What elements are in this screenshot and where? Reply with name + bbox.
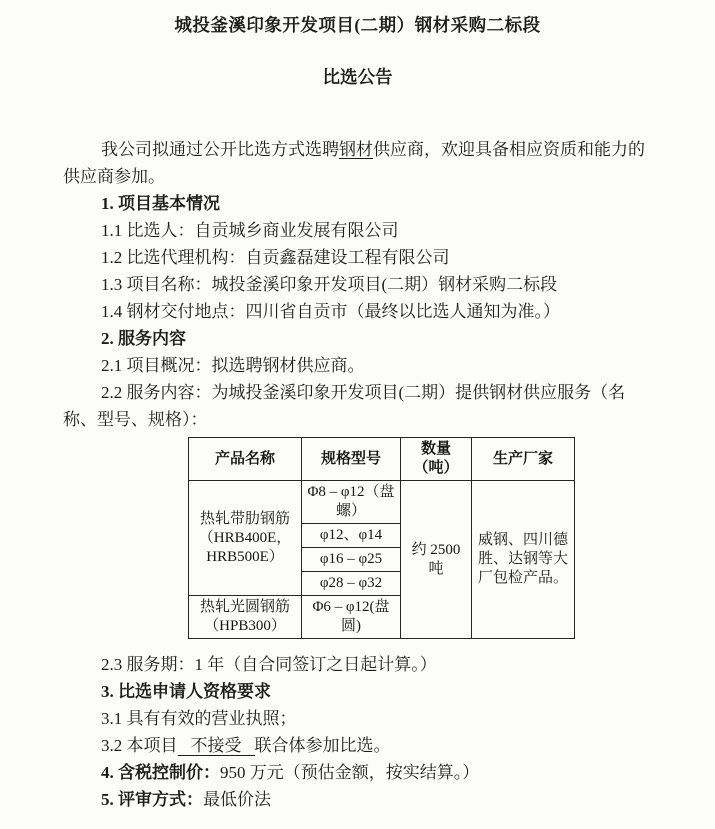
page-title: 城投釜溪印象开发项目(二期）钢材采购二标段 [0,12,715,38]
notice-subtitle: 比选公告 [0,64,715,90]
intro-underlined-steel: 钢材 [339,140,373,159]
cell-product1-spec2: φ12、φ14 [302,524,401,548]
item-1-1: 1.1 比选人：自贡城乡商业发展有限公司 [63,217,653,244]
section5-rest: 最低价法 [203,790,271,809]
cell-product2-spec: Φ6 – φ12(盘圆) [302,596,401,639]
intro-text-pre: 我公司拟通过公开比选方式选聘 [101,140,339,159]
cell-product2-name: 热轧光圆钢筋（HPB300） [189,596,302,639]
cell-product1-name: 热轧带肋钢筋（HRB400E，HRB500E） [189,481,302,596]
item-3-2-underlined-not-accept: 不接受 [178,736,255,756]
item-3-1: 3.1 具有有效的营业执照； [63,705,653,732]
section4-lead: 4. 含税控制价： [101,763,220,782]
cell-product1-spec3: φ16 – φ25 [302,548,401,572]
cell-quantity: 约 2500 吨 [401,481,472,639]
item-1-4: 1.4 钢材交付地点：四川省自贡市（最终以比选人通知为准。） [63,298,653,325]
item-3-2: 3.2 本项目不接受联合体参加比选。 [63,732,653,759]
cell-manufacturer: 威钢、四川德胜、达钢等大厂包检产品。 [472,481,575,639]
document-page: 城投釜溪印象开发项目(二期）钢材采购二标段 比选公告 我公司拟通过公开比选方式选… [0,0,715,813]
item-2-3: 2.3 服务期：1 年（自合同签订之日起计算。） [63,651,653,678]
section4-rest: 950 万元（预估金额，按实结算。） [220,763,479,782]
section3-heading: 3. 比选申请人资格要求 [63,678,653,705]
cell-product1-spec1: Φ8 – φ12（盘螺） [302,481,401,524]
item-2-1: 2.1 项目概况：拟选聘钢材供应商。 [63,352,653,379]
table-header-row: 产品名称 规格型号 数量（吨） 生产厂家 [189,438,575,481]
section1-heading: 1. 项目基本情况 [63,190,653,217]
item-3-2-post: 联合体参加比选。 [255,736,391,755]
section5-lead: 5. 评审方式： [101,790,203,809]
header-manufacturer: 生产厂家 [472,438,575,481]
item-2-2: 2.2 服务内容：为城投釜溪印象开发项目(二期）提供钢材供应服务（名称、型号、规… [63,379,653,433]
section5-line: 5. 评审方式：最低价法 [63,786,653,813]
cell-product1-spec4: φ28 – φ32 [302,572,401,596]
section4-line: 4. 含税控制价：950 万元（预估金额，按实结算。） [63,759,653,786]
intro-paragraph: 我公司拟通过公开比选方式选聘钢材供应商，欢迎具备相应资质和能力的供应商参加。 [63,136,653,190]
header-spec-model: 规格型号 [302,438,401,481]
table-row: 热轧带肋钢筋（HRB400E，HRB500E） Φ8 – φ12（盘螺） 约 2… [189,481,575,524]
steel-spec-table: 产品名称 规格型号 数量（吨） 生产厂家 热轧带肋钢筋（HRB400E，HRB5… [188,437,575,639]
document-body: 我公司拟通过公开比选方式选聘钢材供应商，欢迎具备相应资质和能力的供应商参加。 1… [63,136,653,813]
item-1-3: 1.3 项目名称：城投釜溪印象开发项目(二期）钢材采购二标段 [63,271,653,298]
header-product-name: 产品名称 [189,438,302,481]
item-3-2-pre: 3.2 本项目 [101,736,178,755]
header-quantity-tons: 数量（吨） [401,438,472,481]
item-1-2: 1.2 比选代理机构：自贡鑫磊建设工程有限公司 [63,244,653,271]
section2-heading: 2. 服务内容 [63,325,653,352]
